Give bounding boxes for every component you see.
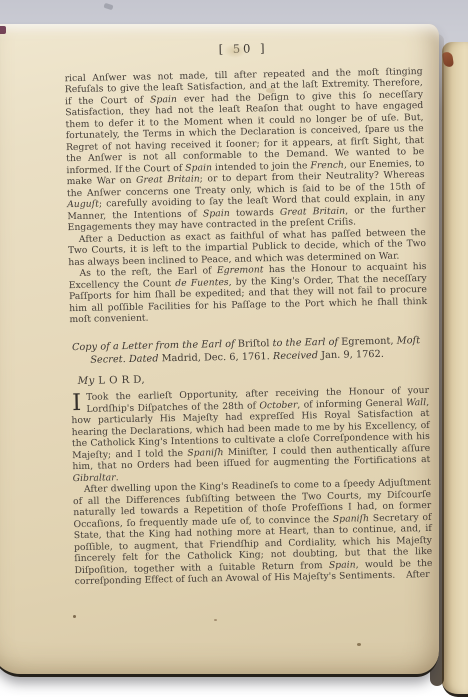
letter-heading: Copy of a Letter from the Earl of Briſto… [72,333,428,367]
page-text-block: [ 50 ] rical Anſwer was not made, till a… [64,40,433,588]
foxing-spot [357,643,361,646]
foxing-spot [214,619,217,621]
para-after-dwelling: After dwelling upon the King's Readineſs… [73,477,433,588]
drop-cap-letter: I [72,393,82,413]
para-answer-refusals: rical Anſwer was not made, till after re… [65,66,426,234]
foxing-spot [73,615,76,618]
para-took-earliest: ITook the earlieſt Opportunity, after re… [71,385,431,484]
page-edge-mark [0,26,6,34]
salutation: My L O R D, [78,369,429,388]
foxing-spot [151,97,153,99]
book-facing-page-edge [442,42,468,697]
para-egremont-passports: As to the reſt, the Earl of Egremont has… [68,261,427,326]
